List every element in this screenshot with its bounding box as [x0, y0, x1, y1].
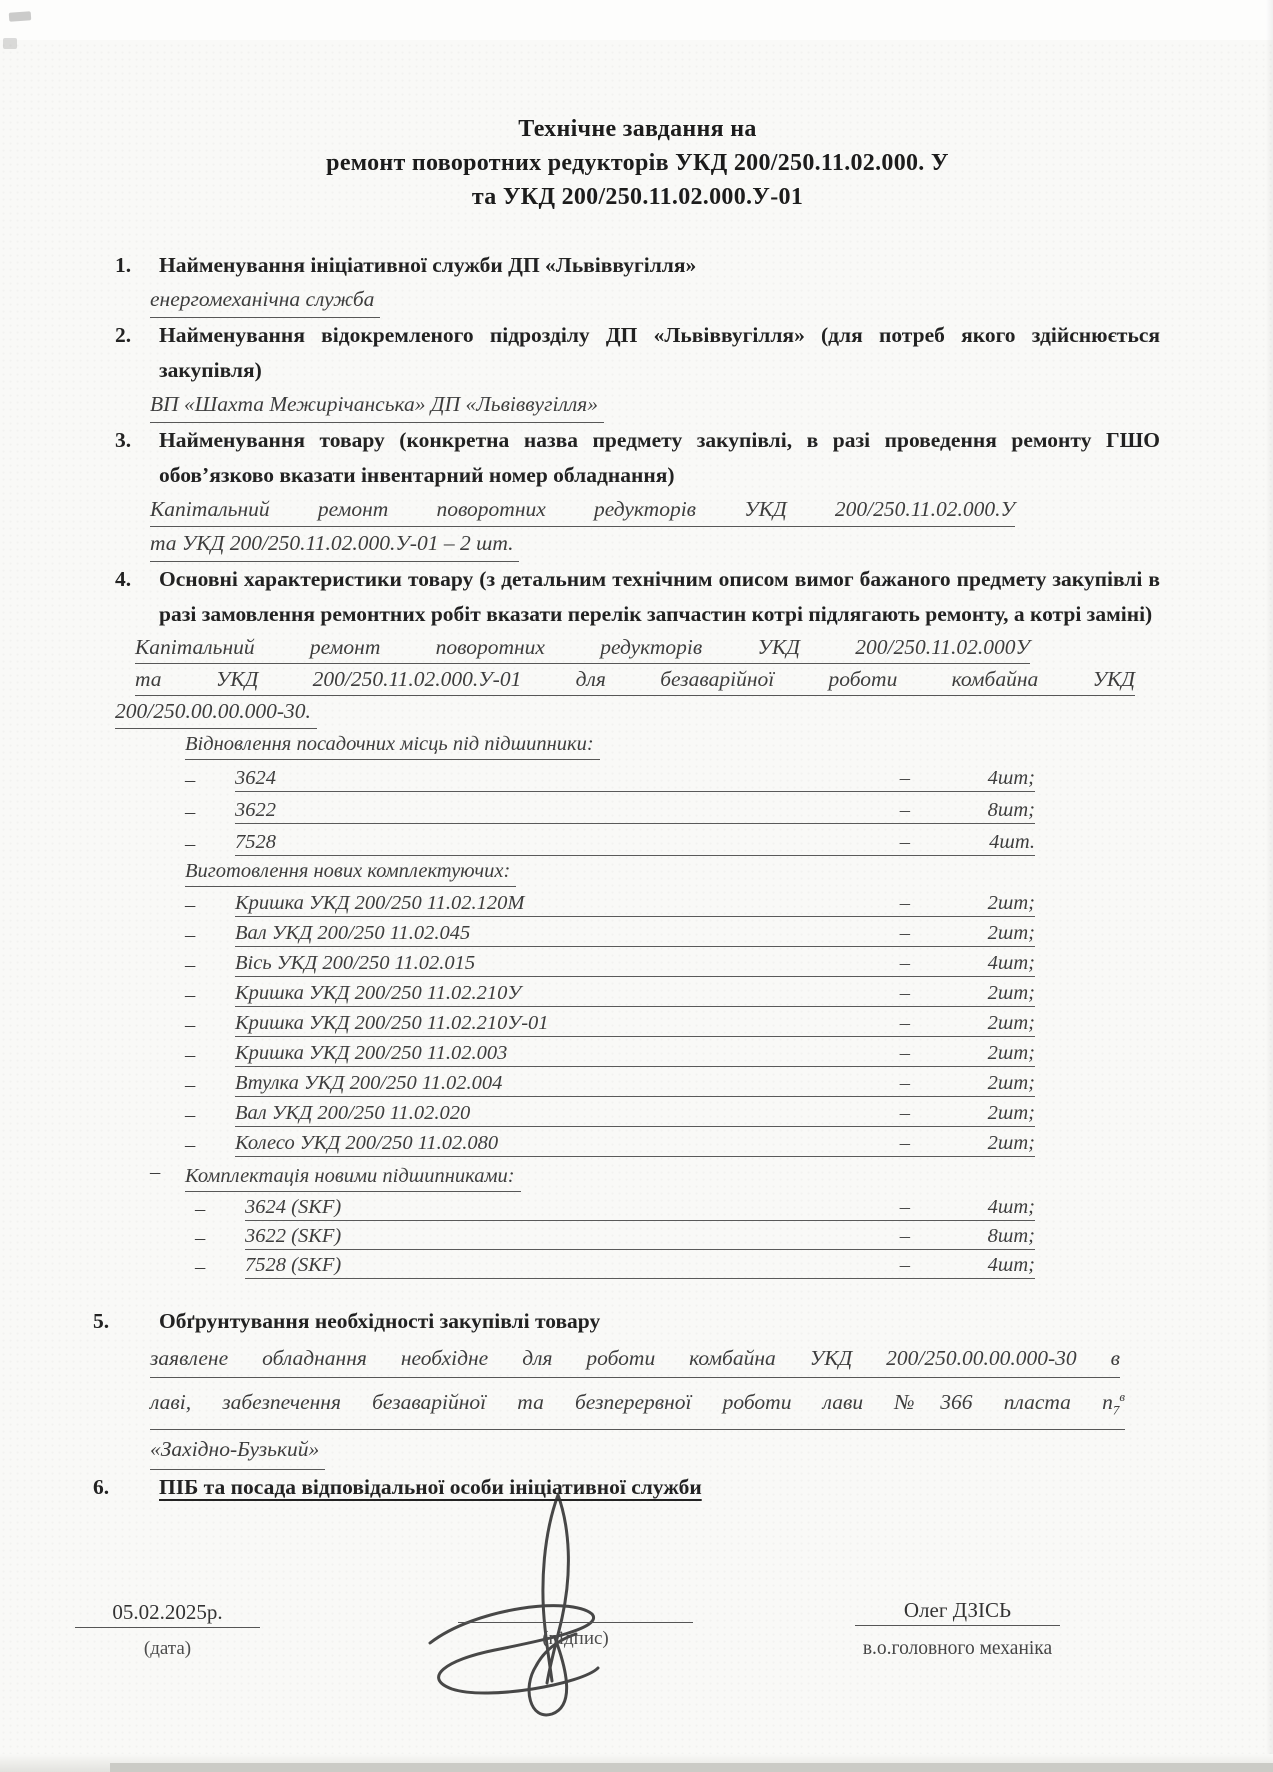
row-quantity: 2шт; [955, 1072, 1035, 1095]
row-bullet: – [185, 769, 235, 792]
row-quantity: 2шт; [955, 982, 1035, 1005]
row-bullet: – [185, 833, 235, 856]
scan-artifact-mark [3, 38, 17, 49]
item-4-answer-line-3: 200/250.00.00.000-30. [115, 696, 317, 729]
item-5-answer-line-1: заявлене обладнання необхідне для роботи… [150, 1339, 1120, 1378]
table-row: – 3622–8шт; [185, 792, 1035, 824]
row-label: 3622 [235, 799, 276, 822]
table-row: – 3622 (SKF)–8шт; [195, 1221, 1035, 1250]
row-label: Кришка УКД 200/250 11.02.120М [235, 892, 525, 915]
row-label: Вал УКД 200/250 11.02.045 [235, 922, 470, 945]
scan-right-edge [1266, 0, 1273, 1772]
item-2-answer: ВП «Шахта Межирічанська» ДП «Львіввугілл… [150, 388, 1160, 423]
item-4-answer-line-3-wrap: 200/250.00.00.000-30. [115, 696, 1160, 729]
row-label: Кришка УКД 200/250 11.02.210У [235, 982, 521, 1005]
item-5-answer-line-3: «Західно-Бузький» [150, 1430, 325, 1470]
row-label: 3624 (SKF) [245, 1196, 341, 1219]
row-quantity: 4шт; [955, 1196, 1035, 1219]
row-bullet: – [195, 1198, 245, 1221]
item-6-question: 6. ПІБ та посада відповідальної особи ін… [115, 1470, 1160, 1505]
item-1-answer: енергомеханічна служба [150, 283, 1160, 318]
document-content: Технічне завдання на ремонт поворотних р… [115, 112, 1160, 1505]
signer-position: в.о.головного механіка [790, 1638, 1125, 1660]
row-separator-dash: – [900, 1042, 910, 1065]
item-6-number: 6. [93, 1470, 159, 1505]
item-4-answer: Капітальний ремонт поворотних редукторів… [135, 632, 1160, 729]
item-3-question: 3. Найменування товару (конкретна назва … [115, 423, 1160, 493]
row-separator-dash: – [900, 982, 910, 1005]
restore-seats-heading: Відновлення посадочних місць під підшипн… [185, 729, 600, 760]
row-separator-dash: – [900, 799, 910, 822]
table-row: – Кришка УКД 200/250 11.02.210У–2шт; [185, 977, 1035, 1007]
row-separator-dash: – [900, 892, 910, 915]
row-bullet: – [185, 894, 235, 917]
row-quantity: 4шт. [955, 831, 1035, 854]
item-1-number: 1. [115, 248, 159, 283]
item-3-answer-line-1: Капітальний ремонт поворотних редукторів… [150, 493, 1015, 527]
row-label: 7528 (SKF) [245, 1254, 341, 1277]
row-quantity: 2шт; [955, 1132, 1035, 1155]
row-label: 7528 [235, 831, 276, 854]
row-separator-dash: – [900, 922, 910, 945]
item-4-question-text: Основні характеристики товару (з детальн… [159, 562, 1160, 632]
new-bearings-heading-row: – Комплектація новими підшипниками: [150, 1161, 1160, 1192]
table-row: – Вал УКД 200/250 11.02.020–2шт; [185, 1097, 1035, 1127]
scan-top-edge [0, 0, 1273, 40]
new-bearings-heading: Комплектація новими підшипниками: [185, 1161, 521, 1192]
row-label: 3624 [235, 767, 276, 790]
row-quantity: 2шт; [955, 1102, 1035, 1125]
document-title: Технічне завдання на ремонт поворотних р… [115, 112, 1160, 214]
seam-index-superscript: в [1119, 1389, 1125, 1404]
row-separator-dash: – [900, 1132, 910, 1155]
new-parts-list: Виготовлення нових комплектуючих: – Криш… [185, 856, 1160, 1157]
row-bullet: – [185, 801, 235, 824]
row-quantity: 2шт; [955, 1042, 1035, 1065]
row-separator-dash: – [900, 1072, 910, 1095]
row-bullet: – [185, 1014, 235, 1037]
row-label: Колесо УКД 200/250 11.02.080 [235, 1132, 498, 1155]
title-line-2: ремонт поворотних редукторів УКД 200/250… [115, 146, 1160, 180]
row-separator-dash: – [900, 1102, 910, 1125]
table-row: – Кришка УКД 200/250 11.02.210У-01–2шт; [185, 1007, 1035, 1037]
row-quantity: 2шт; [955, 1012, 1035, 1035]
item-3-answer-line-2: та УКД 200/250.11.02.000.У-01 – 2 шт. [150, 527, 519, 562]
table-row: – 7528–4шт. [185, 824, 1035, 856]
row-separator-dash: – [900, 1254, 910, 1277]
row-bullet: – [185, 924, 235, 947]
signer-name: Олег ДЗІСЬ [855, 1598, 1060, 1626]
row-bullet: – [185, 954, 235, 977]
row-separator-dash: – [900, 767, 910, 790]
item-3-question-text: Найменування товару (конкретна назва пре… [159, 423, 1160, 493]
item-2-question-text: Найменування відокремленого підрозділу Д… [159, 318, 1160, 388]
signature-caption: (підпис) [458, 1628, 693, 1650]
item-2-answer-text: ВП «Шахта Межирічанська» ДП «Львіввугілл… [150, 388, 604, 423]
table-row: – 3624 (SKF)–4шт; [195, 1192, 1035, 1221]
item-3-answer: Капітальний ремонт поворотних редукторів… [150, 493, 1160, 562]
table-row: – Кришка УКД 200/250 11.02.003–2шт; [185, 1037, 1035, 1067]
row-quantity: 4шт; [955, 1254, 1035, 1277]
row-quantity: 4шт; [955, 767, 1035, 790]
row-bullet: – [185, 1044, 235, 1067]
row-quantity: 8шт; [955, 799, 1035, 822]
row-bullet: – [185, 984, 235, 1007]
row-quantity: 2шт; [955, 892, 1035, 915]
item-1-answer-text: енергомеханічна служба [150, 283, 380, 318]
item-5-answer-line-2-text: лаві, забезпечення безаварійної та безпе… [150, 1390, 1113, 1414]
table-row: – Вісь УКД 200/250 11.02.015–4шт; [185, 947, 1035, 977]
table-row: – Втулка УКД 200/250 11.02.004–2шт; [185, 1067, 1035, 1097]
table-row: – 7528 (SKF)–4шт; [195, 1250, 1035, 1279]
new-bearings-list: – 3624 (SKF)–4шт; – 3622 (SKF)–8шт; – 75… [195, 1192, 1160, 1279]
row-bullet: – [195, 1256, 245, 1279]
item-5-answer: заявлене обладнання необхідне для роботи… [150, 1339, 1160, 1470]
row-label: Кришка УКД 200/250 11.02.003 [235, 1042, 507, 1065]
item-4-question: 4. Основні характеристики товару (з дета… [115, 562, 1160, 632]
row-label: 3622 (SKF) [245, 1225, 341, 1248]
item-2-question: 2. Найменування відокремленого підрозділ… [115, 318, 1160, 388]
new-parts-heading: Виготовлення нових комплектуючих: [185, 856, 516, 887]
row-separator-dash: – [900, 1225, 910, 1248]
row-bullet: – [185, 1074, 235, 1097]
item-5-question-text: Обґрунтування необхідності закупівлі тов… [159, 1304, 1160, 1339]
item-5-question: 5. Обґрунтування необхідності закупівлі … [115, 1304, 1160, 1339]
table-row: – 3624–4шт; [185, 760, 1035, 792]
scan-bottom-shadow [110, 1763, 1273, 1772]
signature-line [458, 1622, 693, 1623]
row-quantity: 2шт; [955, 922, 1035, 945]
row-bullet: – [150, 1161, 185, 1192]
seam-index-subscript: 7 [1113, 1402, 1120, 1417]
table-row: – Колесо УКД 200/250 11.02.080–2шт; [185, 1127, 1035, 1157]
row-separator-dash: – [900, 1012, 910, 1035]
item-1-question-text: Найменування ініціативної служби ДП «Льв… [159, 248, 1160, 283]
date-caption: (дата) [80, 1638, 255, 1660]
date-value: 05.02.2025р. [75, 1600, 260, 1628]
row-bullet: – [195, 1227, 245, 1250]
row-separator-dash: – [900, 831, 910, 854]
row-quantity: 4шт; [955, 952, 1035, 975]
item-4-number: 4. [115, 562, 159, 632]
item-6-question-text: ПІБ та посада відповідальної особи ініці… [159, 1470, 1160, 1505]
row-label: Втулка УКД 200/250 11.02.004 [235, 1072, 502, 1095]
row-separator-dash: – [900, 952, 910, 975]
item-4-answer-line-2: та УКД 200/250.11.02.000.У-01 для безава… [135, 664, 1135, 696]
row-label: Кришка УКД 200/250 11.02.210У-01 [235, 1012, 549, 1035]
item-5-answer-line-2: лаві, забезпечення безаварійної та безпе… [150, 1378, 1125, 1430]
row-separator-dash: – [900, 1196, 910, 1219]
item-4-answer-line-1: Капітальний ремонт поворотних редукторів… [135, 632, 1030, 664]
item-5-number: 5. [93, 1304, 159, 1339]
row-bullet: – [185, 1104, 235, 1127]
title-line-3: та УКД 200/250.11.02.000.У-01 [115, 180, 1160, 214]
table-row: – Вал УКД 200/250 11.02.045–2шт; [185, 917, 1035, 947]
item-3-number: 3. [115, 423, 159, 493]
title-line-1: Технічне завдання на [115, 112, 1160, 146]
row-bullet: – [185, 1134, 235, 1157]
row-quantity: 8шт; [955, 1225, 1035, 1248]
row-label: Вал УКД 200/250 11.02.020 [235, 1102, 470, 1125]
row-label: Вісь УКД 200/250 11.02.015 [235, 952, 475, 975]
item-1-question: 1. Найменування ініціативної служби ДП «… [115, 248, 1160, 283]
restore-seats-list: Відновлення посадочних місць під підшипн… [185, 729, 1160, 856]
scan-artifact-mark [9, 11, 32, 22]
item-2-number: 2. [115, 318, 159, 388]
scanned-document-page: { "title": { "l1": "Технічне завдання на… [0, 0, 1273, 1772]
signature-scribble [330, 1488, 630, 1720]
table-row: – Кришка УКД 200/250 11.02.120М–2шт; [185, 887, 1035, 917]
